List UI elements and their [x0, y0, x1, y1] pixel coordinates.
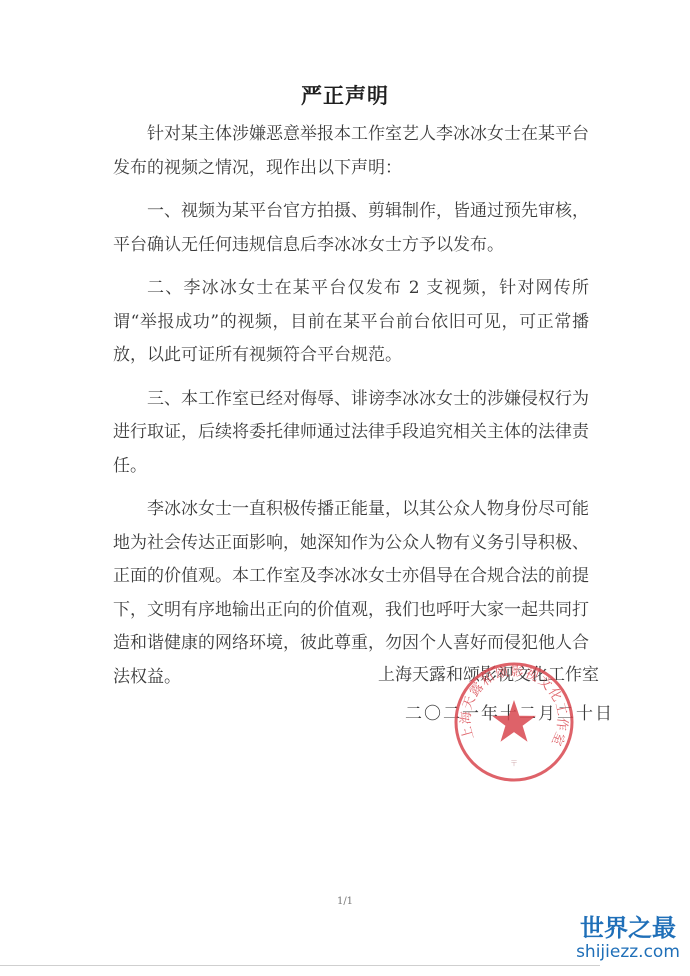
document-body: 针对某主体涉嫌恶意举报本工作室艺人李冰冰女士在某平台发布的视频之情况，现作出以下…: [113, 118, 589, 704]
signature-date: 二〇二一年十二月二十日: [405, 699, 614, 724]
document-page: 严正声明 针对某主体涉嫌恶意举报本工作室艺人李冰冰女士在某平台发布的视频之情况，…: [0, 0, 690, 976]
svg-text:〒: 〒: [510, 759, 518, 768]
page-number: 1/1: [0, 896, 690, 907]
watermark-logo: 世界之最 shijiezz.com: [566, 914, 690, 962]
page-bottom-divider: [0, 965, 600, 966]
signature-organization: 上海天露和颂影视文化工作室: [378, 660, 599, 685]
document-title: 严正声明: [0, 80, 690, 110]
watermark-url: shijiezz.com: [566, 942, 690, 962]
paragraph-point-3: 三、本工作室已经对侮辱、诽谤李冰冰女士的涉嫌侵权行为进行取证，后续将委托律师通过…: [113, 383, 589, 484]
paragraph-point-2: 二、李冰冰女士在某平台仅发布 2 支视频，针对网传所谓“举报成功”的视频，目前在…: [113, 272, 589, 373]
watermark-text: 世界之最: [566, 914, 690, 942]
paragraph-intro: 针对某主体涉嫌恶意举报本工作室艺人李冰冰女士在某平台发布的视频之情况，现作出以下…: [113, 118, 589, 185]
paragraph-point-1: 一、视频为某平台官方拍摄、剪辑制作，皆通过预先审核，平台确认无任何违规信息后李冰…: [113, 195, 589, 262]
